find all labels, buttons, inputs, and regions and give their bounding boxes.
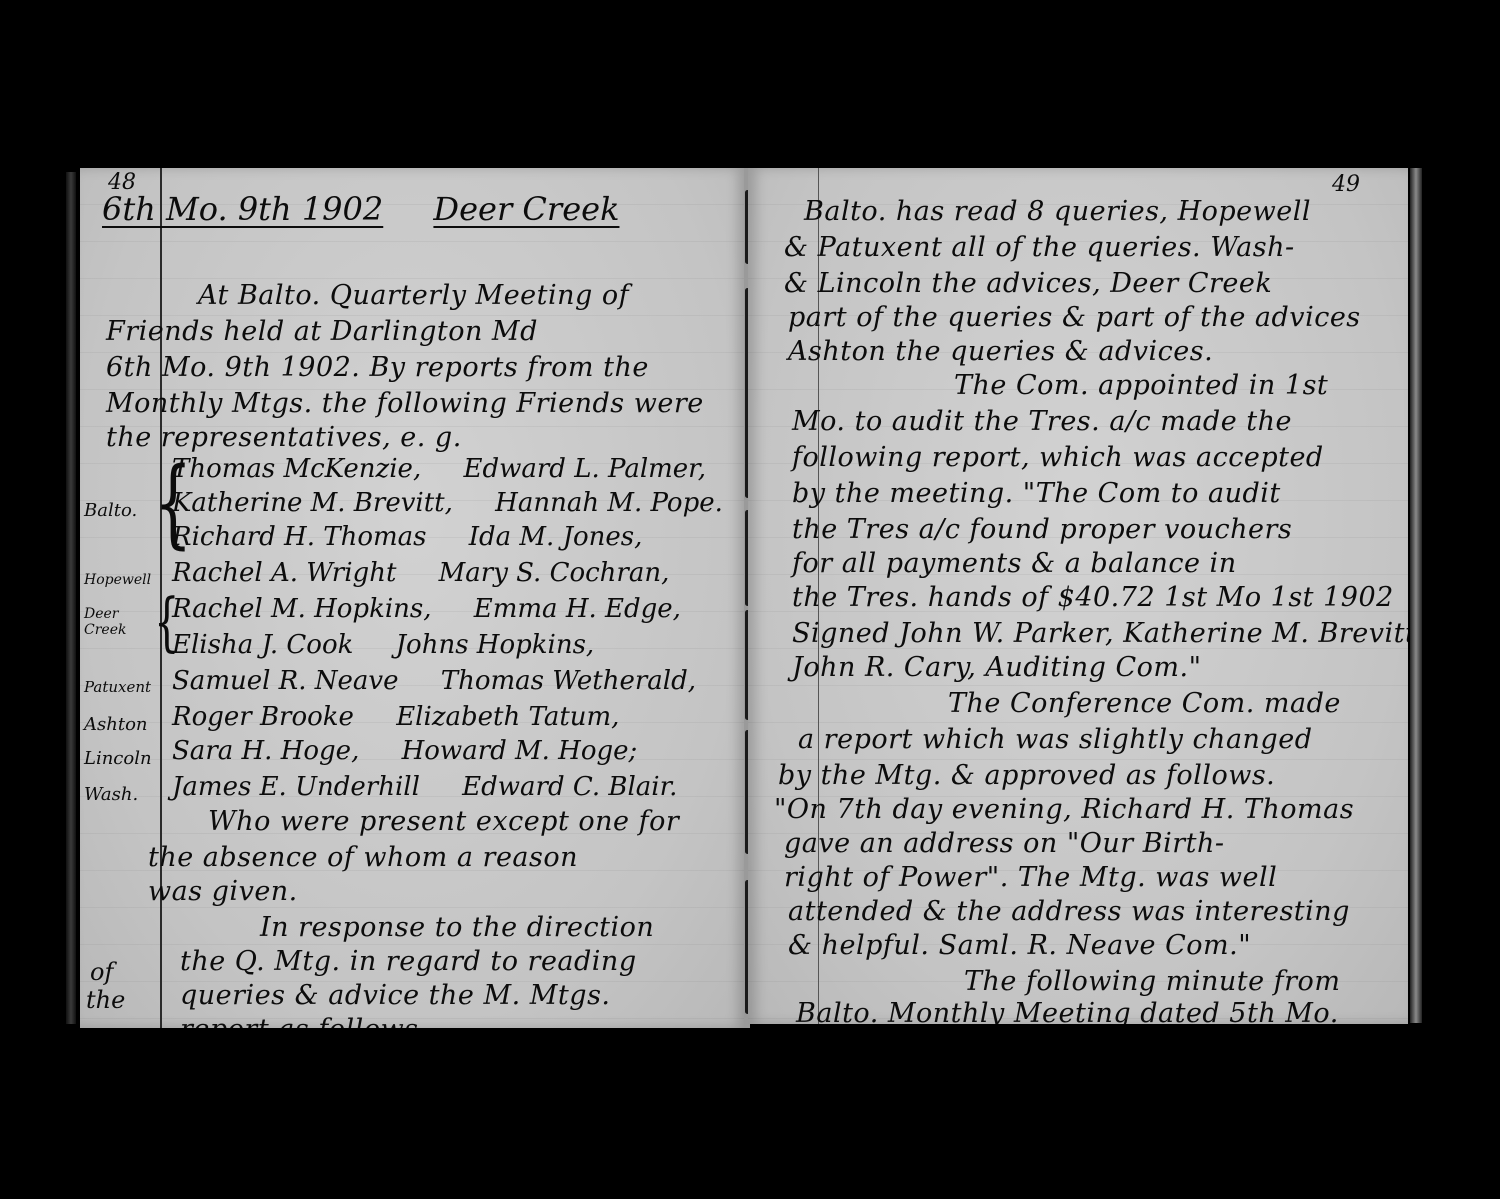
margin-meeting-label: Ashton [84,714,148,735]
representative-row: Elisha J. Cook Johns Hopkins, [172,630,594,660]
text-line: & Patuxent all of the queries. Wash- [784,232,1295,263]
representative-row: James E. Underhill Edward C. Blair. [172,772,677,802]
text-line: In response to the direction [260,912,654,943]
text-line: Signed John W. Parker, Katherine M. Brev… [792,618,1408,649]
representative-name: Howard M. Hoge; [402,736,638,766]
representative-row: Thomas McKenzie, Edward L. Palmer, [172,454,706,484]
representative-row: Rachel M. Hopkins, Emma H. Edge, [172,594,681,624]
text-line: by the meeting. "The Com to audit [792,478,1281,509]
representative-name: Thomas McKenzie, [172,454,421,484]
text-line: & helpful. Saml. R. Neave Com." [788,930,1251,961]
entry-heading: 6th Mo. 9th 1902 Deer Creek [102,190,619,228]
text-line: At Balto. Quarterly Meeting of [198,280,629,311]
right-page: 49 Balto. has read 8 queries, Hopewell &… [748,168,1408,1024]
text-line: attended & the address was interesting [788,896,1350,927]
representative-row: Richard H. Thomas Ida M. Jones, [172,522,642,552]
margin-meeting-label: Hopewell [84,572,151,588]
text-line: following report, which was accepted [792,442,1324,473]
representative-row: Samuel R. Neave Thomas Wetherald, [172,666,696,696]
representative-name: Rachel M. Hopkins, [172,594,432,624]
text-line: queries & advice the M. Mtgs. [180,980,611,1011]
text-line: the Tres a/c found proper vouchers [792,514,1292,545]
representative-name: James E. Underhill [172,772,420,802]
text-line: & Lincoln the advices, Deer Creek [784,268,1272,299]
text-line: the absence of whom a reason [148,842,578,873]
text-line: 6th Mo. 9th 1902. By reports from the [106,352,649,383]
ledger-book-scan: 48 6th Mo. 9th 1902 Deer Creek At Balto.… [0,0,1500,1199]
margin-note: the [86,986,125,1014]
representative-name: Sara H. Hoge, [172,736,359,766]
representative-row: Sara H. Hoge, Howard M. Hoge; [172,736,637,766]
entry-date: 6th Mo. 9th 1902 [102,190,383,228]
representative-name: Richard H. Thomas [172,522,426,552]
book-edge-left [66,172,76,1024]
text-line: the Tres. hands of $40.72 1st Mo 1st 190… [792,582,1394,613]
text-line: gave an address on "Our Birth- [784,828,1225,859]
text-line: Mo. to audit the Tres. a/c made the [792,406,1292,437]
left-page: 48 6th Mo. 9th 1902 Deer Creek At Balto.… [80,168,746,1028]
representative-name: Roger Brooke [172,702,354,732]
representative-name: Edward C. Blair. [462,772,677,802]
margin-meeting-label: Patuxent [84,678,151,696]
text-line: part of the queries & part of the advice… [788,302,1361,333]
representative-name: Edward L. Palmer, [463,454,706,484]
representative-name: Ida M. Jones, [469,522,643,552]
text-line: for all payments & a balance in [792,548,1237,579]
text-line: report as follows [180,1014,419,1028]
representative-name: Samuel R. Neave [172,666,399,696]
text-line: was given. [148,876,298,907]
text-line: Ashton the queries & advices. [788,336,1213,367]
representative-name: Johns Hopkins, [396,630,595,660]
representative-name: Mary S. Cochran, [439,558,670,588]
representative-row: Katherine M. Brevitt, Hannah M. Pope. [172,488,723,518]
text-line: John R. Cary, Auditing Com." [792,652,1202,683]
representative-name: Hannah M. Pope. [495,488,723,518]
text-line: The following minute from [964,966,1340,997]
text-line: Balto. Monthly Meeting dated 5th Mo. [796,998,1339,1024]
representative-name: Emma H. Edge, [474,594,681,624]
entry-place: Deer Creek [433,190,619,228]
text-line: Friends held at Darlington Md [106,316,538,347]
text-line: Balto. has read 8 queries, Hopewell [804,196,1311,227]
representative-name: Rachel A. Wright [172,558,396,588]
representative-name: Elisha J. Cook [172,630,353,660]
text-line: The Com. appointed in 1st [954,370,1328,401]
margin-meeting-label: Lincoln [84,748,152,769]
page-number: 49 [1332,172,1360,197]
text-line: by the Mtg. & approved as follows. [778,760,1275,791]
representative-name: Katherine M. Brevitt, [172,488,453,518]
margin-meeting-label: Wash. [84,784,138,805]
margin-meeting-label: Deer Creek [84,606,144,638]
representative-name: Thomas Wetherald, [441,666,696,696]
text-line: right of Power". The Mtg. was well [784,862,1277,893]
text-line: Who were present except one for [208,806,679,837]
text-line: "On 7th day evening, Richard H. Thomas [774,794,1354,825]
margin-meeting-label: Balto. [84,500,137,521]
margin-note: of [90,958,113,986]
representative-row: Roger Brooke Elizabeth Tatum, [172,702,619,732]
text-line: Monthly Mtgs. the following Friends were [106,388,704,419]
text-line: the Q. Mtg. in regard to reading [180,946,637,977]
book-edge-right [1410,168,1422,1023]
text-line: The Conference Com. made [948,688,1341,719]
text-line: a report which was slightly changed [798,724,1312,755]
representative-row: Rachel A. Wright Mary S. Cochran, [172,558,669,588]
representative-name: Elizabeth Tatum, [396,702,619,732]
